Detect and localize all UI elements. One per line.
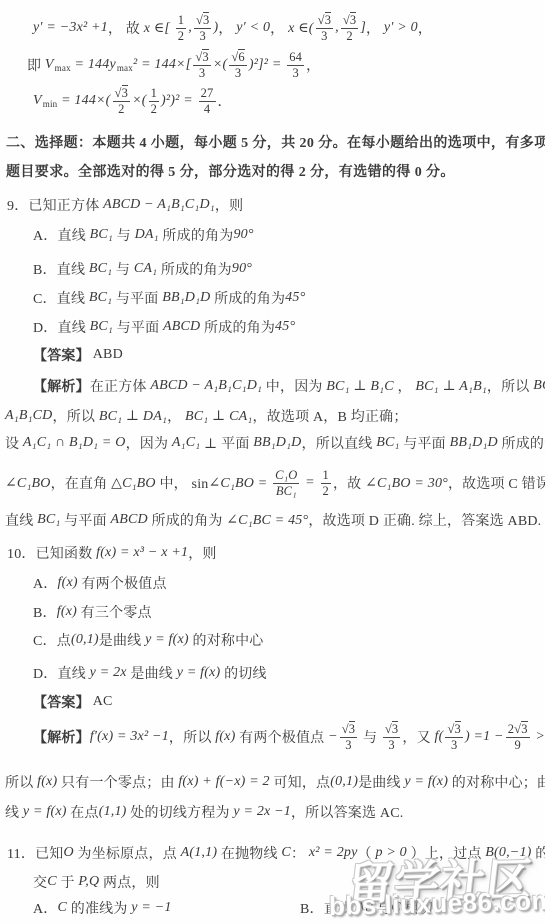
question-9-analysis-line-4: ∠C₁BO，在直角 △C₁BO 中， sin∠C₁BO = C₁OBC₁ = 1… — [5, 463, 545, 503]
question-10-analysis-line-2: 所以 f(x) 只有一个零点；由 f(x) + f(−x) = 2 可知，点(0… — [5, 771, 545, 793]
question-10-analysis-line-1: 【解析】f′(x) = 3x² −1，所以 f(x) 有两个极值点 −√33 与… — [33, 717, 545, 757]
solution-line: Vmin = 144×(√32×(12)²)² = 274． — [33, 81, 232, 121]
question-9-analysis-line-1: 【解析】在正方体 ABCD − A₁B₁C₁D₁ 中，因为 BC₁ ⊥ B₁C … — [33, 375, 545, 397]
question-10-analysis-line-3: 线 y = f(x) 在点(1,1) 处的切线方程为 y = 2x −1，所以答… — [5, 801, 403, 823]
question-9-analysis-line-3: 设 A₁C₁ ∩ B₁D₁ = O，因为 A₁C₁ ⊥ 平面 BB₁D₁D，所以… — [5, 432, 545, 454]
question-10-option-d: D．直线 y = 2x 是曲线 y = f(x) 的切线 — [33, 662, 267, 684]
question-10-answer: 【答案】 AC — [33, 691, 113, 713]
question-11-stem-line-2: 交C 于 P,Q 两点，则 — [33, 871, 160, 893]
question-9-option-c: C．直线 BC₁ 与平面 BB₁D₁D 所成的角为45° — [33, 287, 305, 309]
section-header-line-2: 题目要求。全部选对的得 5 分，部分选对的得 2 分，有选错的得 0 分。 — [6, 160, 455, 182]
question-9-analysis-line-5: 直线 BC₁ 与平面 ABCD 所成的角为 ∠C₁BC = 45°，故选项 D … — [5, 509, 541, 531]
solution-line: y′ = −3x² +1， 故 x ∈[ 12,√33)， y′ < 0， x … — [33, 8, 432, 48]
exam-document-page: y′ = −3x² +1， 故 x ∈[ 12,√33)， y′ < 0， x … — [0, 0, 545, 924]
question-10-option-c: C．点(0,1)是曲线 y = f(x) 的对称中心 — [33, 629, 264, 651]
question-9-analysis-line-2: A₁B₁CD，所以 BC₁ ⊥ DA₁， BC₁ ⊥ CA₁，故选项 A，B 均… — [5, 405, 408, 427]
question-9-stem: 9．已知正方体 ABCD − A₁B₁C₁D₁，则 — [7, 194, 243, 216]
question-9-option-a: A．直线 BC₁ 与 DA₁ 所成的角为90° — [33, 224, 254, 246]
section-header-line-1: 二、选择题：本题共 4 小题，每小题 5 分，共 20 分。在每小题给出的选项中… — [6, 131, 545, 153]
question-10-stem: 10．已知函数 f(x) = x³ − x +1，则 — [7, 542, 217, 564]
solution-line: 即 Vmax = 144ymax² = 144×[√33×(√63)²]² = … — [27, 45, 320, 85]
question-11-option-a: A．C 的准线为 y = −1 — [33, 897, 172, 919]
question-10-option-a: A．f(x) 有两个极值点 — [33, 572, 167, 594]
question-9-option-b: B．直线 BC₁ 与 CA₁ 所成的角为90° — [33, 258, 252, 280]
watermark-site-url: bbs.liuxue86.com — [329, 885, 545, 922]
question-10-option-b: B．f(x) 有三个零点 — [33, 601, 152, 623]
question-9-answer: 【答案】 ABD — [33, 344, 123, 366]
question-9-option-d: D．直线 BC₁ 与平面 ABCD 所成的角为45° — [33, 316, 295, 338]
